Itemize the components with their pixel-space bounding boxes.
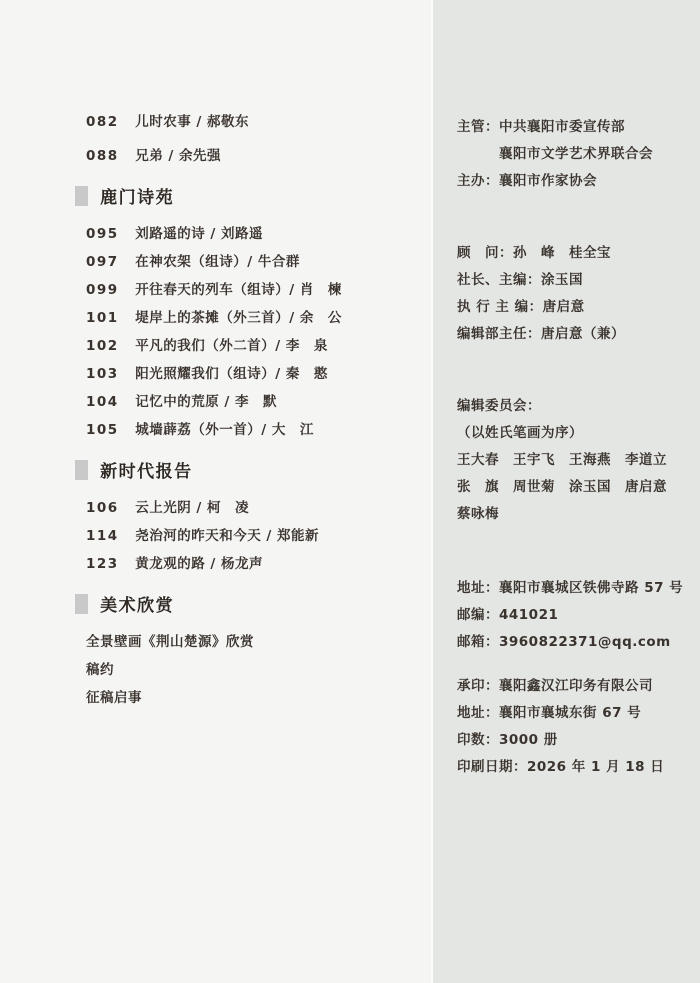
masthead-line: 执 行 主 编：唐启意 (457, 297, 692, 317)
masthead-line: 张 旗 周世菊 涂玉国 唐启意 (457, 477, 692, 497)
toc-entry-title: 稿约 (86, 662, 114, 678)
toc-entry: 106 云上光阴 / 柯 凌 (86, 498, 431, 518)
toc-entry: 099 开往春天的列车（组诗）/ 肖 楝 (86, 280, 431, 300)
toc-entry-title: 堤岸上的茶摊（外三首）/ 余 公 (135, 310, 342, 326)
toc-entry: 103 阳光照耀我们（组诗）/ 秦 憨 (86, 364, 431, 384)
toc-section-title: 鹿门诗苑 (100, 188, 174, 208)
toc-entry: 105 城墙薜荔（外一首）/ 大 江 (86, 420, 431, 440)
toc-section-heading: 美术欣赏 (86, 594, 431, 618)
toc-entry-title: 儿时农事 / 郝敬东 (135, 114, 249, 130)
toc-section-heading: 新时代报告 (86, 460, 431, 484)
toc-entry: 114 尧治河的昨天和今天 / 郑能新 (86, 526, 431, 546)
masthead-line: 襄阳市文学艺术界联合会 (457, 144, 692, 164)
masthead-contact-block: 地址：襄阳市襄城区铁佛寺路 57 号 邮编：441021 邮箱：39608223… (457, 578, 692, 652)
toc-entry-page-number: 105 (86, 420, 130, 440)
toc-entry-page-number: 101 (86, 308, 130, 328)
toc-entry-title: 在神农架（组诗）/ 牛合群 (135, 254, 300, 270)
toc-entry: 082 儿时农事 / 郝敬东 (86, 112, 431, 132)
toc-entry-page-number: 095 (86, 224, 130, 244)
masthead-line: 地址：襄阳市襄城东街 67 号 (457, 703, 692, 723)
toc-section: 美术欣赏 全景壁画《荆山楚源》欣赏 稿约 征稿启事 (86, 594, 431, 708)
toc-entry-title: 兄弟 / 余先强 (135, 148, 221, 164)
masthead-line: 主管：中共襄阳市委宣传部 (457, 117, 692, 137)
toc-entry-page-number: 102 (86, 336, 130, 356)
masthead-line: 顾 问：孙 峰 桂全宝 (457, 243, 692, 263)
toc-entry-page-number: 104 (86, 392, 130, 412)
masthead-line: 印数：3000 册 (457, 730, 692, 750)
toc-entry-title: 城墙薜荔（外一首）/ 大 江 (135, 422, 314, 438)
masthead-line: 王大春 王宇飞 王海燕 李道立 (457, 450, 692, 470)
section-marker-icon (75, 460, 88, 480)
toc-section: 新时代报告 106 云上光阴 / 柯 凌 114 尧治河的昨天和今天 / 郑能新… (86, 460, 431, 574)
toc-section-entries: 095 刘路遥的诗 / 刘路遥 097 在神农架（组诗）/ 牛合群 099 开往… (86, 224, 431, 440)
masthead-staff-block: 顾 问：孙 峰 桂全宝 社长、主编：涂玉国 执 行 主 编：唐启意 编辑部主任：… (457, 243, 692, 344)
toc-entry-page-number: 114 (86, 526, 130, 546)
toc-entry-title: 平凡的我们（外二首）/ 李 泉 (135, 338, 328, 354)
toc-entry: 全景壁画《荆山楚源》欣赏 (86, 632, 431, 652)
masthead-line: 印刷日期：2026 年 1 月 18 日 (457, 757, 692, 777)
toc-entry: 101 堤岸上的茶摊（外三首）/ 余 公 (86, 308, 431, 328)
masthead-line: 地址：襄阳市襄城区铁佛寺路 57 号 (457, 578, 692, 598)
section-marker-icon (75, 594, 88, 614)
toc-section-title: 新时代报告 (100, 462, 193, 482)
masthead-line: 邮编：441021 (457, 605, 692, 625)
toc-entry-page-number: 088 (86, 146, 130, 166)
masthead-line: 编辑部主任：唐启意（兼） (457, 324, 692, 344)
toc-entry-page-number: 123 (86, 554, 130, 574)
toc-entry: 088 兄弟 / 余先强 (86, 146, 431, 166)
toc-entry: 104 记忆中的荒原 / 李 默 (86, 392, 431, 412)
toc-entry-page-number: 082 (86, 112, 130, 132)
section-marker-icon (75, 186, 88, 206)
toc-entry-page-number: 099 (86, 280, 130, 300)
masthead-line: （以姓氏笔画为序） (457, 423, 692, 443)
toc-entry-title: 黄龙观的路 / 杨龙声 (135, 556, 263, 572)
toc-entry-title: 全景壁画《荆山楚源》欣赏 (86, 634, 254, 650)
toc-entry-title: 记忆中的荒原 / 李 默 (135, 394, 277, 410)
magazine-contents-page: 082 儿时农事 / 郝敬东 088 兄弟 / 余先强 鹿门诗苑 095 刘路遥… (0, 0, 700, 983)
toc-entry-page-number: 097 (86, 252, 130, 272)
toc-entry-title: 云上光阴 / 柯 凌 (135, 500, 249, 516)
toc-entry-title: 阳光照耀我们（组诗）/ 秦 憨 (135, 366, 328, 382)
masthead-line: 编辑委员会： (457, 396, 692, 416)
toc-entry: 097 在神农架（组诗）/ 牛合群 (86, 252, 431, 272)
toc-entry: 123 黄龙观的路 / 杨龙声 (86, 554, 431, 574)
toc-entry-title: 开往春天的列车（组诗）/ 肖 楝 (135, 282, 342, 298)
toc-section-entries: 106 云上光阴 / 柯 凌 114 尧治河的昨天和今天 / 郑能新 123 黄… (86, 498, 431, 574)
toc-entry: 102 平凡的我们（外二首）/ 李 泉 (86, 336, 431, 356)
masthead-line: 主办：襄阳市作家协会 (457, 171, 692, 191)
toc-entry-title: 征稿启事 (86, 690, 142, 706)
toc-entry-page-number: 103 (86, 364, 130, 384)
toc-entry: 征稿启事 (86, 688, 431, 708)
toc-entry-title: 尧治河的昨天和今天 / 郑能新 (135, 528, 319, 544)
toc-sections: 鹿门诗苑 095 刘路遥的诗 / 刘路遥 097 在神农架（组诗）/ 牛合群 0… (86, 186, 431, 708)
masthead-line: 邮箱：3960822371@qq.com (457, 632, 692, 652)
masthead-printing-block: 承印：襄阳鑫汉江印务有限公司 地址：襄阳市襄城东街 67 号 印数：3000 册… (457, 676, 692, 777)
masthead-line: 承印：襄阳鑫汉江印务有限公司 (457, 676, 692, 696)
toc-section: 鹿门诗苑 095 刘路遥的诗 / 刘路遥 097 在神农架（组诗）/ 牛合群 0… (86, 186, 431, 440)
toc-entry: 稿约 (86, 660, 431, 680)
toc-entry-title: 刘路遥的诗 / 刘路遥 (135, 226, 263, 242)
masthead-committee-block: 编辑委员会： （以姓氏笔画为序） 王大春 王宇飞 王海燕 李道立 张 旗 周世菊… (457, 396, 692, 524)
masthead-line: 蔡咏梅 (457, 504, 692, 524)
toc-column: 082 儿时农事 / 郝敬东 088 兄弟 / 余先强 鹿门诗苑 095 刘路遥… (0, 0, 431, 983)
toc-section-title: 美术欣赏 (100, 596, 174, 616)
toc-entry: 095 刘路遥的诗 / 刘路遥 (86, 224, 431, 244)
toc-section-entries: 全景壁画《荆山楚源》欣赏 稿约 征稿启事 (86, 632, 431, 708)
toc-section-heading: 鹿门诗苑 (86, 186, 431, 210)
masthead-column: 主管：中共襄阳市委宣传部 襄阳市文学艺术界联合会 主办：襄阳市作家协会 顾 问：… (431, 0, 700, 983)
masthead-line: 社长、主编：涂玉国 (457, 270, 692, 290)
toc-entry-page-number: 106 (86, 498, 130, 518)
masthead-organization-block: 主管：中共襄阳市委宣传部 襄阳市文学艺术界联合会 主办：襄阳市作家协会 (457, 117, 692, 191)
toc-continued-entries: 082 儿时农事 / 郝敬东 088 兄弟 / 余先强 (86, 112, 431, 166)
